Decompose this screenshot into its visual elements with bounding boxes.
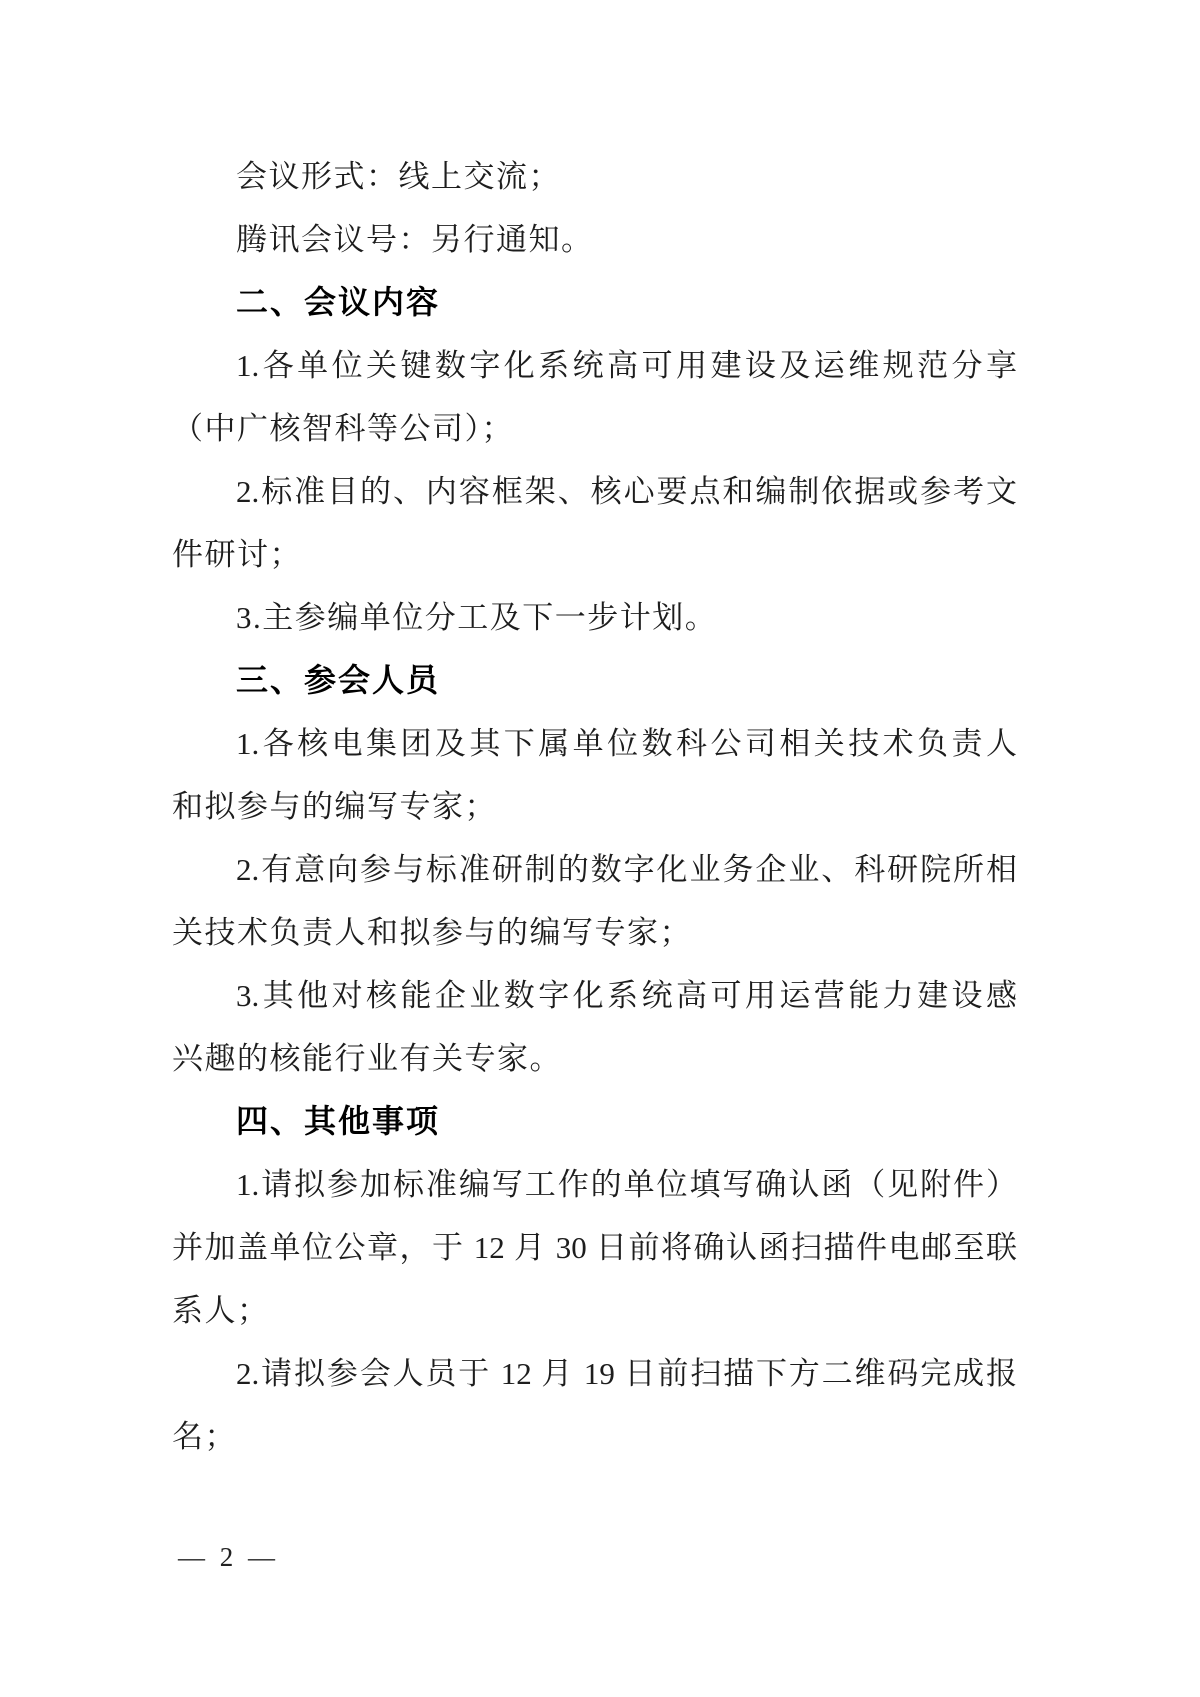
text-line: 名； — [172, 1405, 1017, 1468]
text-line: 关技术负责人和拟参与的编写专家； — [172, 901, 1017, 964]
document-page: 会议形式：线上交流；腾讯会议号：另行通知。二、会议内容1.各单位关键数字化系统高… — [0, 0, 1200, 1697]
text-line: 1.请拟参加标准编写工作的单位填写确认函（见附件） — [172, 1153, 1017, 1216]
text-line: 并加盖单位公章，于 12 月 30 日前将确认函扫描件电邮至联 — [172, 1216, 1017, 1279]
document-body: 会议形式：线上交流；腾讯会议号：另行通知。二、会议内容1.各单位关键数字化系统高… — [172, 145, 1017, 1468]
text-line: 和拟参与的编写专家； — [172, 775, 1017, 838]
text-line: 腾讯会议号：另行通知。 — [172, 208, 1017, 271]
page-number: — 2 — — [178, 1542, 279, 1573]
text-line: 会议形式：线上交流； — [172, 145, 1017, 208]
text-line: 件研讨； — [172, 523, 1017, 586]
text-line: 3.主参编单位分工及下一步计划。 — [172, 586, 1017, 649]
section-heading: 三、参会人员 — [172, 649, 1017, 712]
text-line: 系人； — [172, 1279, 1017, 1342]
text-line: 1.各核电集团及其下属单位数科公司相关技术负责人 — [172, 712, 1017, 775]
section-heading: 二、会议内容 — [172, 271, 1017, 334]
text-line: 1.各单位关键数字化系统高可用建设及运维规范分享 — [172, 334, 1017, 397]
text-line: 2.标准目的、内容框架、核心要点和编制依据或参考文 — [172, 460, 1017, 523]
text-line: 3.其他对核能企业数字化系统高可用运营能力建设感 — [172, 964, 1017, 1027]
text-line: （中广核智科等公司）； — [172, 397, 1017, 460]
section-heading: 四、其他事项 — [172, 1090, 1017, 1153]
text-line: 2.请拟参会人员于 12 月 19 日前扫描下方二维码完成报 — [172, 1342, 1017, 1405]
text-line: 2.有意向参与标准研制的数字化业务企业、科研院所相 — [172, 838, 1017, 901]
text-line: 兴趣的核能行业有关专家。 — [172, 1027, 1017, 1090]
